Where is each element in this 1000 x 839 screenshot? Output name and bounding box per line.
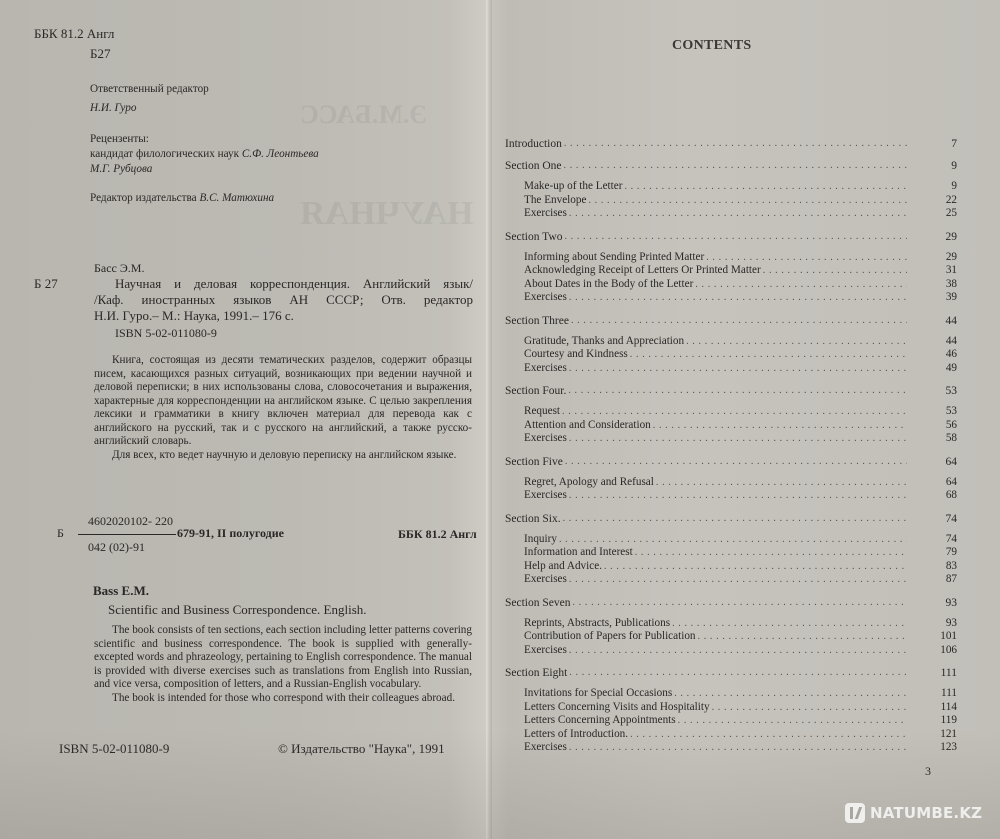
toc-entry-title: Section Three — [505, 315, 571, 327]
dot-leader — [569, 742, 907, 753]
reviewer-2-name: М.Г. Рубцова — [90, 163, 152, 175]
toc-entry-title: Courtesy and Kindness — [524, 348, 630, 360]
fraction-line — [78, 534, 176, 535]
dot-leader — [564, 138, 907, 149]
toc-page-number: 49 — [907, 362, 957, 374]
ru-author: Басс Э.М. — [94, 261, 144, 276]
toc-section-heading: Introduction7 — [505, 138, 957, 158]
toc-entry: Exercises87 — [505, 573, 957, 587]
reviewer-1: кандидат филологических наук С.Ф. Леонть… — [90, 148, 319, 160]
dot-leader — [563, 513, 907, 524]
toc-entry: Make-up of the Letter9 — [505, 180, 957, 194]
toc-entry-title: Section Two — [505, 231, 564, 243]
dot-leader — [604, 561, 907, 572]
watermark: NATUMBE.KZ — [845, 803, 982, 823]
toc-section: Section Six.74Inquiry74Information and I… — [505, 513, 957, 587]
toc-entry: Acknowledging Receipt of Letters Or Prin… — [505, 264, 957, 278]
toc-entry: Exercises106 — [505, 644, 957, 658]
toc-section-heading: Section Eight111 — [505, 667, 957, 687]
toc-entry-title: Introduction — [505, 138, 564, 150]
footer-copyright: © Издательство "Наука", 1991 — [278, 741, 445, 757]
bbk-code: ББК 81.2 Англ — [34, 26, 114, 42]
dot-leader — [695, 279, 907, 290]
dot-leader — [571, 315, 907, 326]
watermark-text: NATUMBE.KZ — [870, 804, 982, 822]
catalog-denominator: 042 (02)-91 — [88, 540, 145, 555]
toc-page-number: 123 — [907, 741, 957, 753]
en-annotation: The book consists of ten sections, each … — [94, 624, 472, 705]
toc-entry: Exercises25 — [505, 207, 957, 221]
publisher-editor: Редактор издательства В.С. Матюхина — [90, 192, 274, 204]
toc-page-number: 64 — [907, 476, 957, 488]
toc-entry: The Envelope22 — [505, 194, 957, 208]
toc-entry: Exercises58 — [505, 432, 957, 446]
ru-annotation: Книга, состоящая из десяти тематических … — [94, 354, 472, 462]
toc-section-heading: Section Four.53 — [505, 385, 957, 405]
toc-page-number: 22 — [907, 194, 957, 206]
toc-entry-title: Inquiry — [524, 533, 559, 545]
dot-leader — [569, 667, 907, 678]
toc-section: Section Four.53Request53Attention and Co… — [505, 385, 957, 446]
dot-leader — [569, 433, 907, 444]
toc-section-heading: Section Seven93 — [505, 597, 957, 617]
toc-section: Section Three44Gratitude, Thanks and App… — [505, 315, 957, 376]
toc-entry-title: The Envelope — [524, 194, 588, 206]
natumbe-logo-icon — [845, 803, 865, 823]
toc-page-number: 83 — [907, 560, 957, 572]
toc-page-number: 7 — [907, 138, 957, 150]
dot-leader — [569, 208, 907, 219]
editor-name: Н.И. Гуро — [90, 102, 136, 114]
toc-page-number: 9 — [907, 180, 957, 192]
dot-leader — [572, 597, 907, 608]
dot-leader — [559, 534, 907, 545]
toc-entry-title: Regret, Apology and Refusal — [524, 476, 656, 488]
toc-page-number: 111 — [907, 687, 957, 699]
dot-leader — [630, 349, 907, 360]
toc-page-number: 93 — [907, 597, 957, 609]
toc-entry: Request53 — [505, 405, 957, 419]
toc-entry-title: Letters Concerning Appointments — [524, 714, 678, 726]
dot-leader — [635, 547, 907, 558]
toc-entry: Inquiry74 — [505, 533, 957, 547]
en-title: Scientific and Business Correspondence. … — [108, 602, 367, 618]
toc-entry-title: Informing about Sending Printed Matter — [524, 251, 706, 263]
toc-page-number: 87 — [907, 573, 957, 585]
toc-entry: Exercises123 — [505, 741, 957, 755]
toc-entry: Letters Concerning Appointments119 — [505, 714, 957, 728]
page-number: 3 — [925, 764, 931, 779]
en-audience-text: The book is intended for those who corre… — [94, 692, 472, 706]
catalog-plan: 679-91, II полугодие — [177, 526, 284, 541]
dot-leader — [706, 252, 907, 263]
toc-entry: Letters of Introduction.121 — [505, 728, 957, 742]
toc-page-number: 68 — [907, 489, 957, 501]
toc-page-number: 74 — [907, 513, 957, 525]
toc-entry-title: Gratitude, Thanks and Appreciation — [524, 335, 686, 347]
dot-leader — [624, 181, 907, 192]
toc-entry-title: Help and Advice. — [524, 560, 604, 572]
toc-entry-title: Section One — [505, 160, 564, 172]
toc-section-heading: Section Three44 — [505, 315, 957, 335]
toc-entry: Help and Advice.83 — [505, 560, 957, 574]
toc-page-number: 38 — [907, 278, 957, 290]
toc-section: Section Five64Regret, Apology and Refusa… — [505, 456, 957, 503]
toc-page-number: 101 — [907, 630, 957, 642]
ru-isbn: ISBN 5-02-011080-9 — [115, 326, 217, 341]
dot-leader — [672, 618, 907, 629]
toc-page-number: 53 — [907, 385, 957, 397]
toc-section-heading: Section Five64 — [505, 456, 957, 476]
toc-entry-title: Section Six. — [505, 513, 563, 525]
toc-entry-title: Invitations for Special Occasions — [524, 687, 674, 699]
toc-page-number: 25 — [907, 207, 957, 219]
toc-page-number: 29 — [907, 251, 957, 263]
toc-entry-title: Exercises — [524, 362, 569, 374]
toc-page-number: 58 — [907, 432, 957, 444]
toc-page-number: 106 — [907, 644, 957, 656]
toc-page-number: 39 — [907, 291, 957, 303]
contents-title: CONTENTS — [672, 38, 751, 54]
toc-entry-title: Exercises — [524, 207, 569, 219]
dot-leader — [569, 363, 907, 374]
toc-page-number: 44 — [907, 315, 957, 327]
toc-entry: Attention and Consideration56 — [505, 419, 957, 433]
toc-page-number: 93 — [907, 617, 957, 629]
toc-entry-title: Exercises — [524, 432, 569, 444]
dot-leader — [698, 631, 907, 642]
toc-entry-title: Section Five — [505, 456, 565, 468]
toc-entry-title: Request — [524, 405, 562, 417]
toc-page-number: 79 — [907, 546, 957, 558]
table-of-contents: Introduction7Section One9Make-up of the … — [505, 138, 957, 765]
toc-entry-title: Exercises — [524, 291, 569, 303]
dot-leader — [656, 477, 907, 488]
toc-entry-title: Exercises — [524, 489, 569, 501]
book-gutter — [486, 0, 492, 839]
left-page-imprint: Э.М.БАСС НАУЧНАЯ ББК 81.2 Англ Б27 Ответ… — [0, 0, 488, 839]
toc-section-heading: Section One9 — [505, 160, 957, 180]
en-author: Bass E.M. — [93, 583, 149, 599]
toc-page-number: 64 — [907, 456, 957, 468]
dot-leader — [569, 292, 907, 303]
show-through-text: Э.М.БАСС — [300, 100, 427, 130]
dot-leader — [569, 645, 907, 656]
toc-page-number: 29 — [907, 231, 957, 243]
toc-page-number: 53 — [907, 405, 957, 417]
toc-page-number: 111 — [907, 667, 957, 679]
dot-leader — [653, 420, 907, 431]
show-through-text: НАУЧНАЯ — [300, 195, 473, 233]
toc-page-number: 31 — [907, 264, 957, 276]
toc-entry: Courtesy and Kindness46 — [505, 348, 957, 362]
dot-leader — [712, 702, 907, 713]
toc-page-number: 119 — [907, 714, 957, 726]
toc-entry-title: About Dates in the Body of the Letter — [524, 278, 695, 290]
ru-biblio-line-1: Научная и деловая корреспонденция. Англи… — [115, 276, 473, 292]
toc-entry-title: Letters Concerning Visits and Hospitalit… — [524, 701, 712, 713]
publisher-editor-label: Редактор издательства — [90, 192, 197, 204]
dot-leader — [565, 456, 907, 467]
author-mark: Б27 — [90, 46, 110, 62]
ru-biblio-line-3: Н.И. Гуро.– М.: Наука, 1991.– 176 с. — [94, 308, 294, 324]
dot-leader — [678, 715, 907, 726]
toc-entry: Letters Concerning Visits and Hospitalit… — [505, 701, 957, 715]
dot-leader — [564, 160, 907, 171]
toc-entry-title: Acknowledging Receipt of Letters Or Prin… — [524, 264, 763, 276]
toc-page-number: 44 — [907, 335, 957, 347]
toc-entry-title: Exercises — [524, 741, 569, 753]
toc-entry: About Dates in the Body of the Letter38 — [505, 278, 957, 292]
toc-page-number: 56 — [907, 419, 957, 431]
toc-entry-title: Make-up of the Letter — [524, 180, 624, 192]
toc-entry: Regret, Apology and Refusal64 — [505, 476, 957, 490]
editor-label: Ответственный редактор — [90, 83, 209, 95]
toc-entry-title: Reprints, Abstracts, Publications — [524, 617, 672, 629]
dot-leader — [763, 265, 907, 276]
toc-entry-title: Exercises — [524, 573, 569, 585]
dot-leader — [562, 406, 907, 417]
reviewers-label: Рецензенты: — [90, 133, 149, 145]
dot-leader — [686, 336, 907, 347]
toc-entry-title: Section Four. — [505, 385, 568, 397]
publisher-editor-name: В.С. Матюхина — [199, 192, 274, 204]
toc-page-number: 74 — [907, 533, 957, 545]
toc-entry: Gratitude, Thanks and Appreciation44 — [505, 335, 957, 349]
ru-biblio-line-2: /Каф. иностранных языков АН СССР; Отв. р… — [94, 292, 473, 308]
toc-section: Section Seven93Reprints, Abstracts, Publ… — [505, 597, 957, 658]
toc-section: Section Eight111Invitations for Special … — [505, 667, 957, 755]
catalog-numerator: 4602020102- 220 — [88, 514, 173, 529]
en-annotation-text: The book consists of ten sections, each … — [94, 624, 472, 692]
reviewer-1-name: С.Ф. Леонтьева — [242, 148, 319, 160]
toc-entry-title: Section Seven — [505, 597, 572, 609]
toc-section: Section One9Make-up of the Letter9The En… — [505, 160, 957, 221]
ru-annotation-text: Книга, состоящая из десяти тематических … — [94, 354, 472, 449]
toc-entry: Exercises39 — [505, 291, 957, 305]
toc-section-heading: Section Two29 — [505, 231, 957, 251]
catalog-letter: Б — [57, 526, 64, 541]
dot-leader — [564, 231, 907, 242]
dot-leader — [568, 385, 907, 396]
dot-leader — [569, 574, 907, 585]
dot-leader — [588, 195, 907, 206]
toc-entry-title: Information and Interest — [524, 546, 635, 558]
ru-audience-text: Для всех, кто ведет научную и деловую пе… — [94, 449, 472, 463]
toc-entry-title: Attention and Consideration — [524, 419, 653, 431]
toc-entry: Exercises68 — [505, 489, 957, 503]
toc-entry: Reprints, Abstracts, Publications93 — [505, 617, 957, 631]
toc-page-number: 121 — [907, 728, 957, 740]
toc-entry: Exercises49 — [505, 362, 957, 376]
toc-section: Introduction7 — [505, 138, 957, 158]
toc-entry: Contribution of Papers for Publication10… — [505, 630, 957, 644]
toc-section: Section Two29Informing about Sending Pri… — [505, 231, 957, 305]
toc-page-number: 114 — [907, 701, 957, 713]
footer-isbn: ISBN 5-02-011080-9 — [59, 741, 169, 757]
reviewer-1-title: кандидат филологических наук — [90, 148, 239, 160]
dot-leader — [569, 490, 907, 501]
toc-section-heading: Section Six.74 — [505, 513, 957, 533]
toc-entry-title: Letters of Introduction. — [524, 728, 630, 740]
toc-entry: Information and Interest79 — [505, 546, 957, 560]
toc-entry: Invitations for Special Occasions111 — [505, 687, 957, 701]
toc-entry-title: Exercises — [524, 644, 569, 656]
dot-leader — [630, 729, 907, 740]
ru-mark: Б 27 — [34, 276, 58, 292]
toc-page-number: 9 — [907, 160, 957, 172]
toc-entry: Informing about Sending Printed Matter29 — [505, 251, 957, 265]
dot-leader — [674, 688, 907, 699]
toc-entry-title: Section Eight — [505, 667, 569, 679]
catalog-bbk: ББК 81.2 Англ — [398, 527, 477, 542]
toc-entry-title: Contribution of Papers for Publication — [524, 630, 698, 642]
toc-page-number: 46 — [907, 348, 957, 360]
